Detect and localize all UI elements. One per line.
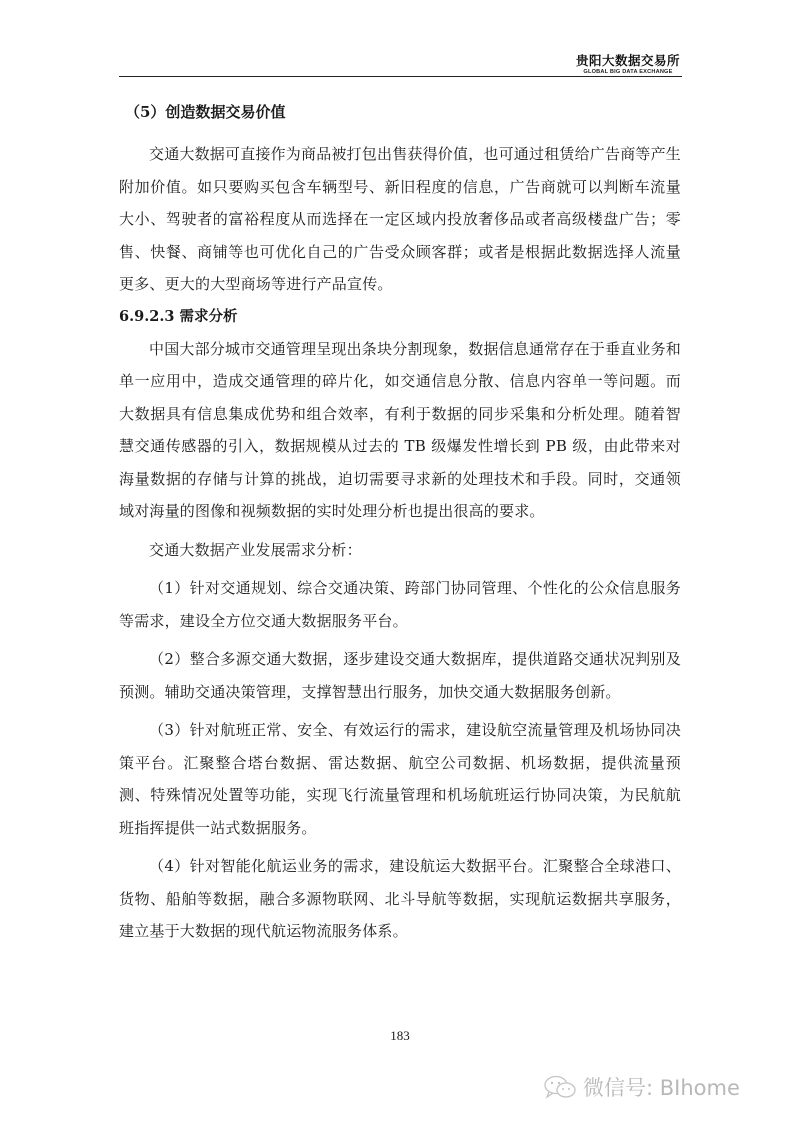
page-content: （5）创造数据交易价值 交通大数据可直接作为商品被打包出售获得价值，也可通过租赁… bbox=[119, 100, 681, 948]
header-rule bbox=[119, 76, 682, 77]
paragraph-demand-analysis: 中国大部分城市交通管理呈现出条块分割现象，数据信息通常存在于垂直业务和单一应用中… bbox=[119, 333, 681, 528]
header-logo-en: GLOBAL BIG DATA EXCHANGE bbox=[576, 69, 680, 76]
list-item-4: （4）针对智能化航运业务的需求，建设航运大数据平台。汇聚整合全球港口、货物、船舶… bbox=[119, 850, 681, 948]
paragraph-analysis-intro: 交通大数据产业发展需求分析： bbox=[119, 534, 681, 567]
list-item-2: （2）整合多源交通大数据，逐步建设交通大数据库，提供道路交通状况判别及预测。辅助… bbox=[119, 643, 681, 708]
watermark-text: 微信号: BIhome bbox=[583, 1072, 740, 1102]
section-title-demand-analysis: 6.9.2.3 需求分析 bbox=[119, 305, 681, 329]
page-number: 183 bbox=[0, 1028, 800, 1044]
header-logo: 贵阳大数据交易所 GLOBAL BIG DATA EXCHANGE bbox=[576, 54, 680, 76]
page-header: 贵阳大数据交易所 GLOBAL BIG DATA EXCHANGE bbox=[119, 50, 682, 80]
paragraph-trade-value: 交通大数据可直接作为商品被打包出售获得价值，也可通过租赁给广告商等产生附加价值。… bbox=[119, 138, 681, 301]
list-item-3: （3）针对航班正常、安全、有效运行的需求，建设航空流量管理及机场协同决策平台。汇… bbox=[119, 714, 681, 844]
subsection-title-5: （5）创造数据交易价值 bbox=[125, 100, 681, 124]
wechat-icon bbox=[543, 1074, 577, 1100]
list-item-1: （1）针对交通规划、综合交通决策、跨部门协同管理、个性化的公众信息服务等需求，建… bbox=[119, 572, 681, 637]
watermark: 微信号: BIhome bbox=[543, 1072, 740, 1102]
header-logo-cn: 贵阳大数据交易所 bbox=[576, 54, 680, 68]
